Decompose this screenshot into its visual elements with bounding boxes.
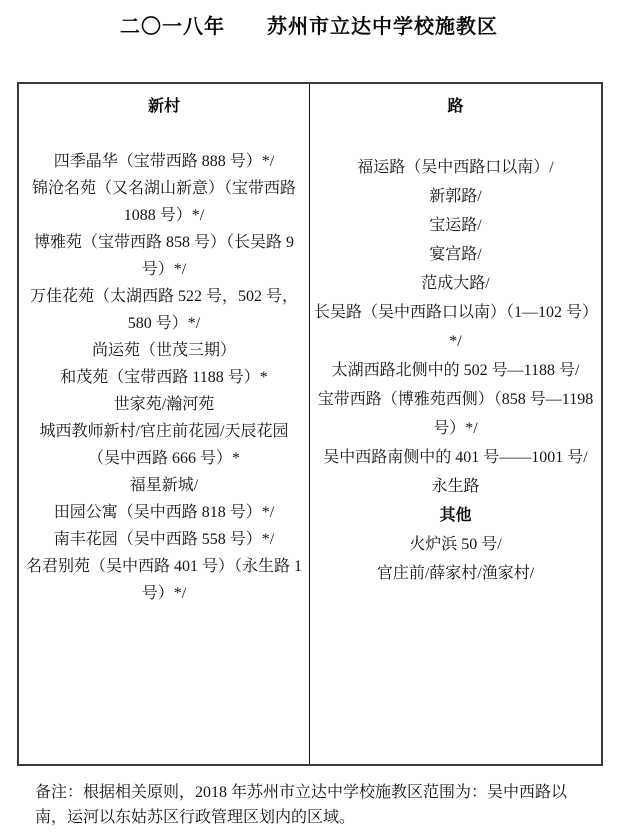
other-list-item: 火炉浜 50 号/ (310, 530, 601, 559)
other-list-item: 官庄前/薛家村/渔家村/ (310, 559, 601, 588)
estate-list-item: 和茂苑（宝带西路 1188 号）* (19, 364, 309, 391)
estate-list-item: 尚运苑（世茂三期） (19, 337, 309, 364)
road-list-item: 宴宫路/ (310, 240, 601, 269)
column-header-lu: 路 (310, 94, 601, 120)
road-list-item: 新郭路/ (310, 182, 601, 211)
xincun-list: 四季晶华（宝带西路 888 号）*/ 锦沧名苑（又名湖山新意）（宝带西路 108… (19, 148, 309, 607)
other-list: 火炉浜 50 号/ 官庄前/薛家村/渔家村/ (310, 530, 601, 588)
column-lu: 路 福运路（吴中西路口以南）/ 新郭路/ 宝运路/ 宴宫路/ 范成大路/ 长吴路… (310, 84, 601, 764)
estate-list-item: 四季晶华（宝带西路 888 号）*/ (19, 148, 309, 175)
estate-list-item: 名君别苑（吴中西路 401 号）（永生路 1 号）*/ (19, 553, 309, 607)
subheader-other: 其他 (310, 501, 601, 530)
footnote: 备注：根据相关原则，2018 年苏州市立达中学校施教区范围为：吴中西路以南，运河… (35, 780, 589, 830)
estate-list-item: 世家苑/瀚河苑 (19, 391, 309, 418)
estate-list-item: 城西教师新村/官庄前花园/天辰花园（吴中西路 666 号）* (19, 418, 309, 472)
estate-list-item: 博雅苑（宝带西路 858 号）（长吴路 9 号）*/ (19, 229, 309, 283)
estate-list-item: 南丰花园（吴中西路 558 号）*/ (19, 526, 309, 553)
road-list-item: 永生路 (310, 472, 601, 501)
road-list-item: 宝带西路（博雅苑西侧）（858 号—1198 号）*/ (310, 385, 601, 443)
column-header-xincun: 新村 (19, 94, 309, 120)
column-xincun: 新村 四季晶华（宝带西路 888 号）*/ 锦沧名苑（又名湖山新意）（宝带西路 … (19, 84, 310, 764)
road-list-item: */ (310, 327, 601, 356)
footnote-label: 备注： (35, 784, 83, 801)
road-list-item: 宝运路/ (310, 211, 601, 240)
road-list-item: 吴中西路南侧中的 401 号——1001 号/ (310, 443, 601, 472)
road-list-item: 长吴路（吴中西路口以南）（1—102 号） (310, 298, 601, 327)
estate-list-item: 锦沧名苑（又名湖山新意）（宝带西路 1088 号）*/ (19, 175, 309, 229)
estate-list-item: 福星新城/ (19, 472, 309, 499)
road-list-item: 太湖西路北侧中的 502 号—1188 号/ (310, 356, 601, 385)
page-title: 二〇一八年 苏州市立达中学校施教区 (0, 10, 618, 39)
estate-list-item: 田园公寓（吴中西路 818 号）*/ (19, 499, 309, 526)
estate-list-item: 万佳花苑（太湖西路 522 号，502 号，580 号）*/ (19, 283, 309, 337)
road-list-item: 福运路（吴中西路口以南）/ (310, 153, 601, 182)
road-list: 福运路（吴中西路口以南）/ 新郭路/ 宝运路/ 宴宫路/ 范成大路/ 长吴路（吴… (310, 153, 601, 501)
footnote-text: 根据相关原则，2018 年苏州市立达中学校施教区范围为：吴中西路以南，运河以东姑… (35, 784, 567, 826)
district-table: 新村 四季晶华（宝带西路 888 号）*/ 锦沧名苑（又名湖山新意）（宝带西路 … (17, 82, 603, 766)
road-list-item: 范成大路/ (310, 269, 601, 298)
